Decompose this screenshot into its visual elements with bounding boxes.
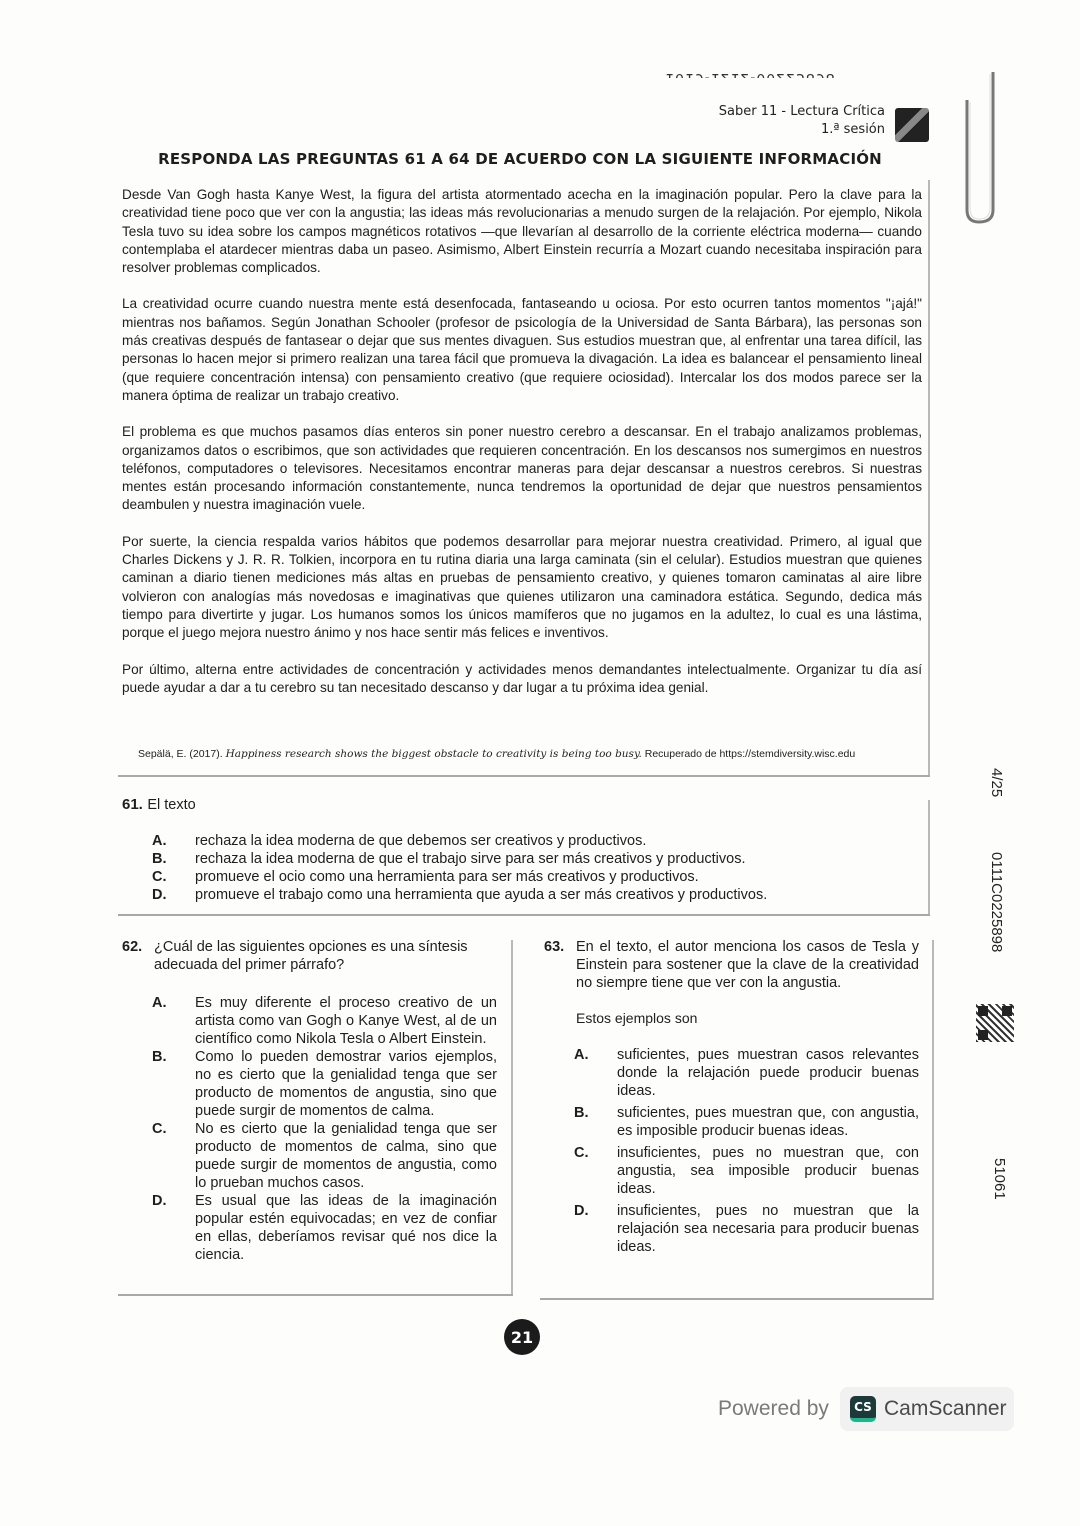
option-letter: D.	[574, 1202, 617, 1256]
answer-option-a[interactable]: A.suficientes, pues muestran casos relev…	[574, 1046, 919, 1100]
passage-paragraph: Por último, alterna entre actividades de…	[122, 661, 922, 698]
passage-paragraph: Por suerte, la ciencia respalda varios h…	[122, 533, 922, 643]
answer-option-c[interactable]: C.insuficientes, pues no muestran que, c…	[574, 1144, 919, 1198]
question-61: 61. El texto A.rechaza la idea moderna d…	[122, 796, 922, 904]
booklet-code: 0111C0225898	[988, 852, 1005, 952]
exam-name: Saber 11 - Lectura Crítica	[660, 103, 885, 121]
option-letter: C.	[574, 1144, 617, 1198]
question-box-border	[928, 800, 930, 915]
document-code: 1619-1212-00225898	[665, 70, 885, 86]
citation-title: Happiness research shows the biggest obs…	[226, 748, 642, 760]
session-label: 1.ª sesión	[660, 121, 885, 139]
divider	[540, 1298, 933, 1300]
answer-option-c[interactable]: C.No es cierto que la genialidad tenga q…	[152, 1120, 497, 1192]
option-letter: C.	[152, 868, 195, 886]
option-letter: B.	[152, 850, 195, 868]
column-border	[511, 940, 513, 1295]
option-letter: D.	[152, 886, 195, 904]
option-letter: A.	[574, 1046, 617, 1100]
option-letter: B.	[152, 1048, 195, 1120]
answer-option-b[interactable]: B.Como lo pueden demostrar varios ejempl…	[152, 1048, 497, 1120]
answer-option-d[interactable]: D.promueve el trabajo como una herramien…	[152, 886, 922, 904]
option-text: rechaza la idea moderna de que debemos s…	[195, 832, 646, 850]
passage-box-border	[928, 180, 930, 776]
option-text: promueve el trabajo como una herramienta…	[195, 886, 767, 904]
passage-citation: Sepälä, E. (2017). Happiness research sh…	[138, 748, 928, 760]
answer-option-a[interactable]: A.rechaza la idea moderna de que debemos…	[152, 832, 922, 850]
answer-option-d[interactable]: D.Es usual que las ideas de la imaginaci…	[152, 1192, 497, 1264]
camscanner-badge[interactable]: CS CamScanner	[840, 1387, 1014, 1431]
answer-option-a[interactable]: A.Es muy diferente el proceso creativo d…	[152, 994, 497, 1048]
icfes-logo-icon	[895, 108, 929, 142]
question-stem: El texto	[147, 797, 195, 813]
page-fraction: 4/25	[988, 768, 1005, 797]
answer-option-b[interactable]: B.suficientes, pues muestran que, con an…	[574, 1104, 919, 1140]
option-text: rechaza la idea moderna de que el trabaj…	[195, 850, 745, 868]
answer-option-d[interactable]: D.insuficientes, pues no muestran que la…	[574, 1202, 919, 1256]
option-text: Como lo pueden demostrar varios ejemplos…	[195, 1048, 497, 1120]
question-stem: ¿Cuál de las siguientes opciones es una …	[154, 938, 497, 974]
paper-clip-icon	[955, 70, 1005, 230]
question-stem: En el texto, el autor menciona los casos…	[576, 938, 919, 992]
option-letter: D.	[152, 1192, 195, 1264]
camscanner-brand: CamScanner	[884, 1397, 1007, 1421]
reading-passage: Desde Van Gogh hasta Kanye West, la figu…	[122, 186, 922, 715]
qr-code-icon	[975, 1003, 1015, 1043]
option-letter: B.	[574, 1104, 617, 1140]
question-62: 62. ¿Cuál de las siguientes opciones es …	[122, 938, 497, 1264]
option-text: suficientes, pues muestran casos relevan…	[617, 1046, 919, 1100]
column-border	[932, 940, 934, 1300]
question-number: 63.	[544, 938, 576, 992]
passage-paragraph: Desde Van Gogh hasta Kanye West, la figu…	[122, 186, 922, 277]
option-letter: A.	[152, 832, 195, 850]
citation-author: Sepälä, E. (2017).	[138, 748, 226, 760]
option-text: suficientes, pues muestran que, con angu…	[617, 1104, 919, 1140]
form-code: 51061	[991, 1158, 1008, 1200]
question-number: 61.	[122, 796, 143, 813]
question-63: 63. En el texto, el autor menciona los c…	[544, 938, 919, 1256]
divider	[118, 1294, 513, 1296]
option-text: No es cierto que la genialidad tenga que…	[195, 1120, 497, 1192]
powered-by-label: Powered by	[718, 1397, 829, 1421]
passage-paragraph: El problema es que muchos pasamos días e…	[122, 423, 922, 514]
option-text: insuficientes, pues no muestran que, con…	[617, 1144, 919, 1198]
camscanner-logo-icon: CS	[850, 1396, 876, 1422]
option-text: Es muy diferente el proceso creativo de …	[195, 994, 497, 1048]
exam-header: Saber 11 - Lectura Crítica 1.ª sesión	[660, 103, 885, 139]
option-text: Es usual que las ideas de la imaginación…	[195, 1192, 497, 1264]
page-number: 21	[504, 1319, 540, 1355]
option-letter: C.	[152, 1120, 195, 1192]
question-lead: Estos ejemplos son	[576, 1010, 919, 1026]
option-text: insuficientes, pues no muestran que la r…	[617, 1202, 919, 1256]
divider	[118, 914, 930, 916]
divider	[118, 775, 930, 777]
answer-option-b[interactable]: B.rechaza la idea moderna de que el trab…	[152, 850, 922, 868]
option-text: promueve el ocio como una herramienta pa…	[195, 868, 699, 886]
citation-source: Recuperado de https://stemdiversity.wisc…	[642, 748, 855, 760]
passage-paragraph: La creatividad ocurre cuando nuestra men…	[122, 295, 922, 405]
question-number: 62.	[122, 938, 154, 974]
section-instructions: RESPONDA LAS PREGUNTAS 61 A 64 DE ACUERD…	[110, 150, 930, 168]
answer-option-c[interactable]: C.promueve el ocio como una herramienta …	[152, 868, 922, 886]
option-letter: A.	[152, 994, 195, 1048]
